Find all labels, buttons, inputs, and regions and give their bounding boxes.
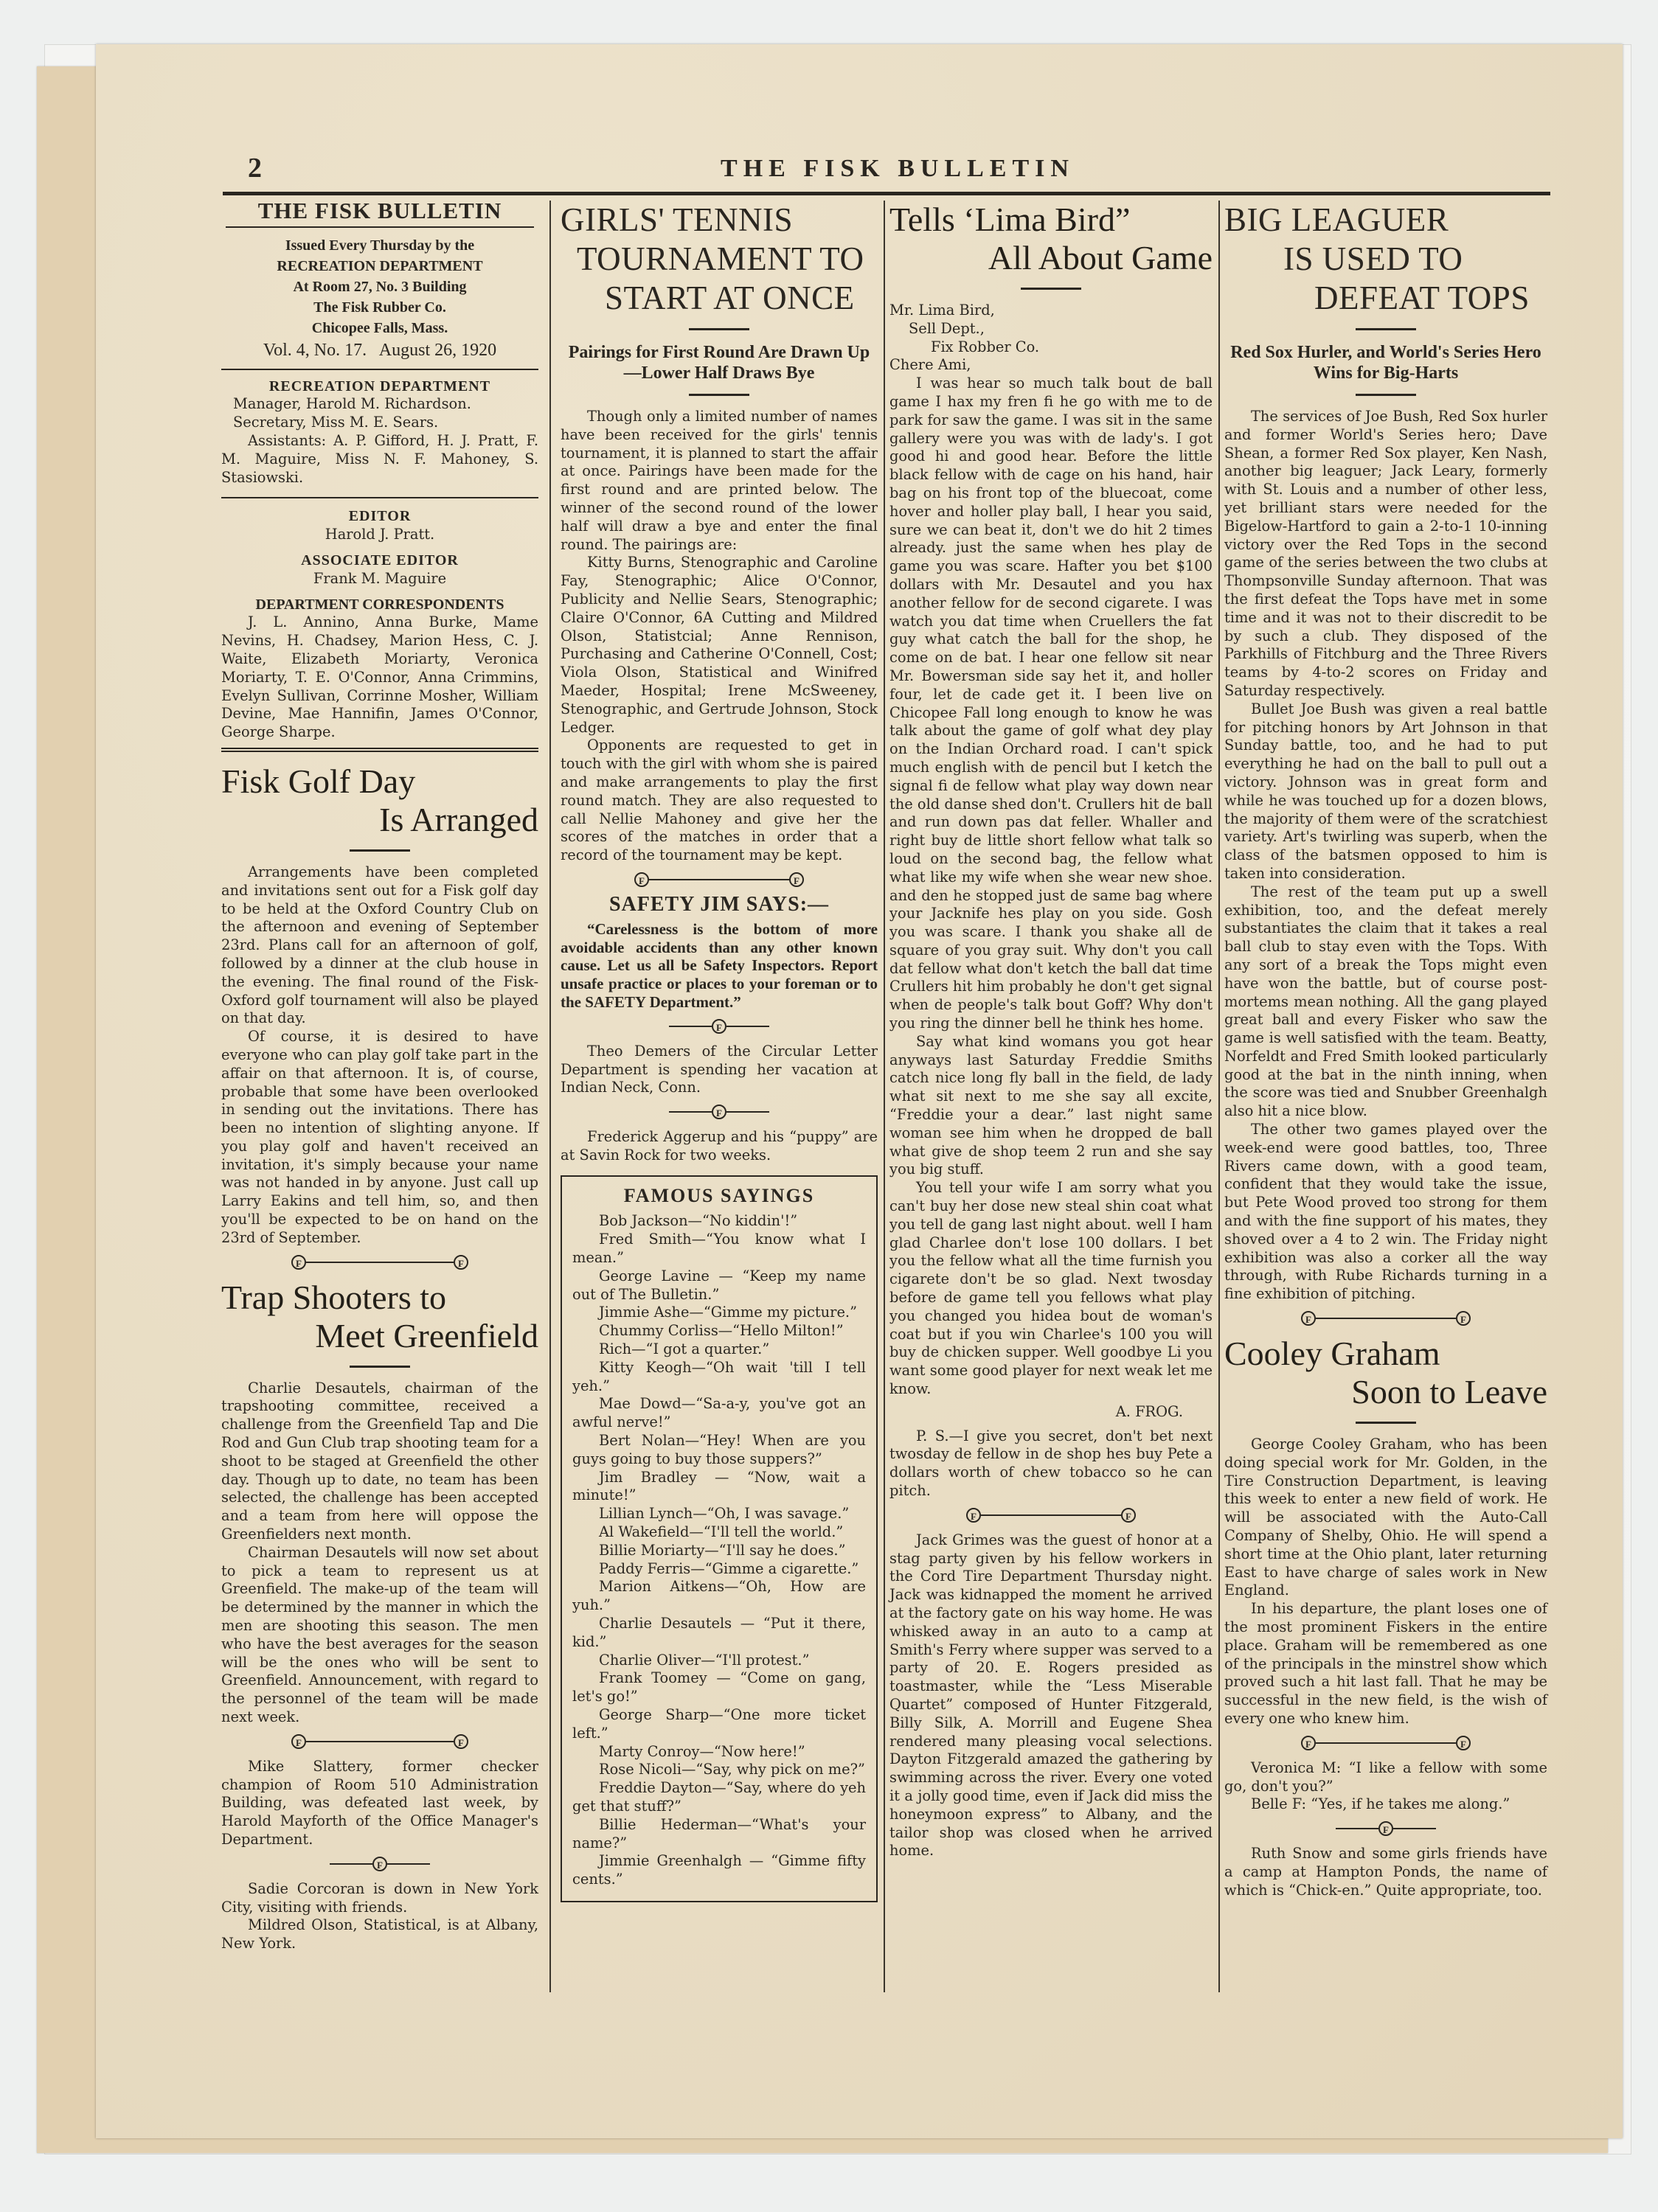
golf-paragraph: Arrangements have been completed and inv… xyxy=(221,863,538,1028)
safety-quote: “Carelessness is the bottom of more avoi… xyxy=(561,920,878,1012)
column-2: GIRLS' TENNIS TOURNAMENT TO START AT ONC… xyxy=(561,201,878,1902)
saying-item: George Sharp—“One more ticket left.” xyxy=(572,1706,866,1743)
ornament-separator: F xyxy=(561,1019,878,1034)
staff-line: Assistants: A. P. Gifford, H. J. Pratt, … xyxy=(221,432,538,487)
fisk-f-icon: F xyxy=(1301,1736,1316,1750)
saying-item: Jim Bradley — “Now, wait a minute!” xyxy=(572,1469,866,1506)
fisk-f-icon: F xyxy=(1121,1508,1136,1523)
trap-headline: Trap Shooters to Meet Greenfield xyxy=(221,1279,538,1355)
graham-headline: Cooley Graham Soon to Leave xyxy=(1224,1335,1547,1411)
divider xyxy=(689,328,749,330)
letter-paragraph: Say what kind womans you got hear anyway… xyxy=(889,1033,1213,1179)
saying-item: Jimmie Ashe—“Gimme my picture.” xyxy=(572,1304,866,1322)
ornament-separator: F xyxy=(1224,1821,1547,1836)
divider xyxy=(221,497,538,498)
masthead-line: Chicopee Falls, Mass. xyxy=(221,318,538,338)
ornament-separator: F F xyxy=(221,1734,538,1749)
masthead-line: The Fisk Rubber Co. xyxy=(221,297,538,318)
saying-item: Al Wakefield—“I'll tell the world.” xyxy=(572,1523,866,1542)
fisk-f-icon: F xyxy=(291,1255,306,1270)
letter-address: Fix Robber Co. xyxy=(889,338,1213,357)
league-paragraph: The other two games played over the week… xyxy=(1224,1121,1547,1304)
news-item: Mike Slattery, former checker champion o… xyxy=(221,1758,538,1849)
column-1: THE FISK BULLETIN Issued Every Thursday … xyxy=(221,201,538,1953)
tennis-paragraph: Opponents are requested to get in touch … xyxy=(561,737,878,865)
news-item: Veronica M: “I like a fellow with some g… xyxy=(1224,1759,1547,1796)
column-4: BIG LEAGUER IS USED TO DEFEAT TOPS Red S… xyxy=(1224,201,1547,1900)
saying-item: Mae Dowd—“Sa-a-y, you've got an awful ne… xyxy=(572,1395,866,1432)
letter-paragraph: I was hear so much talk bout de ball gam… xyxy=(889,375,1213,1033)
letter-salutation: Chere Ami, xyxy=(889,356,1213,375)
volume-date: Vol. 4, No. 17. August 26, 1920 xyxy=(221,341,538,370)
safety-heading: SAFETY JIM SAYS:— xyxy=(561,896,878,914)
staff-line: Secretary, Miss M. E. Sears. xyxy=(221,414,538,432)
famous-sayings-title: FAMOUS SAYINGS xyxy=(572,1187,866,1206)
fisk-f-icon: F xyxy=(291,1734,306,1749)
divider xyxy=(1356,394,1416,396)
correspondents-list: J. L. Annino, Anna Burke, Mame Nevins, H… xyxy=(221,613,538,742)
saying-item: George Lavine — “Keep my name out of The… xyxy=(572,1267,866,1304)
tennis-headline: GIRLS' TENNIS TOURNAMENT TO START AT ONC… xyxy=(561,201,878,318)
fisk-f-icon: F xyxy=(1456,1736,1471,1750)
news-item: Sadie Corcoran is down in New York City,… xyxy=(221,1880,538,1917)
fisk-f-icon: F xyxy=(454,1255,468,1270)
saying-item: Kitty Keogh—“Oh wait 'till I tell yeh.” xyxy=(572,1359,866,1396)
news-item: Theo Demers of the Circular Letter Depar… xyxy=(561,1043,878,1097)
saying-item: Paddy Ferris—“Gimme a cigarette.” xyxy=(572,1560,866,1579)
saying-item: Chummy Corliss—“Hello Milton!” xyxy=(572,1322,866,1340)
divider xyxy=(1356,328,1416,330)
saying-item: Bob Jackson—“No kiddin'!” xyxy=(572,1212,866,1231)
saying-item: Rich—“I got a quarter.” xyxy=(572,1340,866,1359)
masthead-line: At Room 27, No. 3 Building xyxy=(221,276,538,297)
staff-line: Manager, Harold M. Richardson. xyxy=(221,395,538,414)
masthead-line: RECREATION DEPARTMENT xyxy=(221,256,538,276)
letter-address: Mr. Lima Bird, xyxy=(889,302,1213,320)
letter-postscript: P. S.—I give you secret, don't bet next … xyxy=(889,1427,1213,1500)
running-title: THE FISK BULLETIN xyxy=(245,155,1550,183)
news-item: Frederick Aggerup and his “puppy” are at… xyxy=(561,1128,878,1165)
ornament-separator: F F xyxy=(889,1508,1213,1523)
fisk-f-icon: F xyxy=(966,1508,981,1523)
league-deck: Red Sox Hurler, and World's Series Hero … xyxy=(1224,342,1547,383)
assoc-editor-heading: ASSOCIATE EDITOR xyxy=(221,552,538,570)
saying-item: Freddie Dayton—“Say, where do yeh get th… xyxy=(572,1779,866,1816)
news-item: Ruth Snow and some girls friends have a … xyxy=(1224,1845,1547,1899)
saying-item: Charlie Desautels — “Put it there, kid.” xyxy=(572,1615,866,1652)
saying-item: Jimmie Greenhalgh — “Gimme fifty cents.” xyxy=(572,1852,866,1889)
fisk-f-icon: F xyxy=(712,1019,726,1034)
league-headline: BIG LEAGUER IS USED TO DEFEAT TOPS xyxy=(1224,201,1547,318)
ornament-separator: F xyxy=(221,1857,538,1871)
fisk-f-icon: F xyxy=(372,1857,387,1871)
column-divider xyxy=(1218,201,1220,1992)
graham-paragraph: In his departure, the plant loses one of… xyxy=(1224,1600,1547,1728)
ornament-separator: F F xyxy=(561,872,878,887)
ornament-separator: F F xyxy=(1224,1311,1547,1326)
divider xyxy=(1356,1422,1416,1424)
lima-headline: Tells ‘Lima Bird” All About Game xyxy=(889,201,1213,277)
golf-headline: Fisk Golf Day Is Arranged xyxy=(221,762,538,839)
saying-item: Billie Moriarty—“I'll say he does.” xyxy=(572,1542,866,1560)
news-item: Jack Grimes was the guest of honor at a … xyxy=(889,1531,1213,1860)
letter-paragraph: You tell your wife I am sorry what you c… xyxy=(889,1179,1213,1399)
assoc-editor-name: Frank M. Maguire xyxy=(221,570,538,588)
saying-item: Lillian Lynch—“Oh, I was savage.” xyxy=(572,1505,866,1523)
divider xyxy=(1021,288,1081,290)
letter-address: Sell Dept., xyxy=(889,320,1213,338)
editor-heading: EDITOR xyxy=(221,507,538,526)
fisk-f-icon: F xyxy=(1456,1311,1471,1326)
ornament-separator: F xyxy=(561,1105,878,1119)
saying-item: Charlie Oliver—“I'll protest.” xyxy=(572,1652,866,1670)
tennis-deck: Pairings for First Round Are Drawn Up—Lo… xyxy=(561,342,878,383)
letter-signature: A. FROG. xyxy=(889,1403,1213,1422)
saying-item: Marty Conroy—“Now here!” xyxy=(572,1743,866,1761)
correspondents-heading: DEPARTMENT CORRESPONDENTS xyxy=(221,596,538,614)
trap-paragraph: Charlie Desautels, chairman of the traps… xyxy=(221,1380,538,1544)
editor-name: Harold J. Pratt. xyxy=(221,526,538,544)
column-3: Tells ‘Lima Bird” All About Game Mr. Lim… xyxy=(889,201,1213,1860)
news-item: Belle F: “Yes, if he takes me along.” xyxy=(1224,1795,1547,1814)
saying-item: Bert Nolan—“Hey! When are you guys going… xyxy=(572,1432,866,1469)
divider xyxy=(689,394,749,396)
header-rule xyxy=(223,192,1550,195)
fisk-f-icon: F xyxy=(454,1734,468,1749)
league-paragraph: Bullet Joe Bush was given a real battle … xyxy=(1224,700,1547,883)
ornament-separator: F F xyxy=(1224,1736,1547,1750)
saying-item: Frank Toomey — “Come on gang, let's go!” xyxy=(572,1669,866,1706)
fisk-f-icon: F xyxy=(1378,1821,1393,1836)
column-divider xyxy=(549,201,551,1992)
fisk-f-icon: F xyxy=(789,872,804,887)
masthead-title: THE FISK BULLETIN xyxy=(226,201,534,228)
tennis-paragraph: Kitty Burns, Stenographic and Caroline F… xyxy=(561,554,878,737)
divider xyxy=(350,849,410,852)
divider xyxy=(350,1366,410,1368)
news-item: Mildred Olson, Statistical, is at Albany… xyxy=(221,1916,538,1953)
saying-item: Fred Smith—“You know what I mean.” xyxy=(572,1231,866,1267)
ornament-separator: F F xyxy=(221,1255,538,1270)
running-head: 2 THE FISK BULLETIN xyxy=(245,152,1550,189)
recreation-heading: RECREATION DEPARTMENT xyxy=(221,378,538,396)
golf-paragraph: Of course, it is desired to have everyon… xyxy=(221,1028,538,1248)
masthead-line: Issued Every Thursday by the xyxy=(221,235,538,256)
trap-paragraph: Chairman Desautels will now set about to… xyxy=(221,1544,538,1727)
league-paragraph: The rest of the team put up a swell exhi… xyxy=(1224,883,1547,1121)
sayings-list: Bob Jackson—“No kiddin'!”Fred Smith—“You… xyxy=(572,1212,866,1888)
fisk-f-icon: F xyxy=(634,872,649,887)
saying-item: Billie Hederman—“What's your name?” xyxy=(572,1816,866,1853)
saying-item: Marion Aitkens—“Oh, How are yuh.” xyxy=(572,1578,866,1615)
divider xyxy=(221,748,538,752)
fisk-f-icon: F xyxy=(712,1105,726,1119)
tennis-paragraph: Though only a limited number of names ha… xyxy=(561,408,878,554)
column-divider xyxy=(884,201,885,1992)
graham-paragraph: George Cooley Graham, who has been doing… xyxy=(1224,1436,1547,1600)
fisk-f-icon: F xyxy=(1301,1311,1316,1326)
league-paragraph: The services of Joe Bush, Red Sox hurler… xyxy=(1224,408,1547,700)
famous-sayings-box: FAMOUS SAYINGS Bob Jackson—“No kiddin'!”… xyxy=(561,1175,878,1902)
saying-item: Rose Nicoli—“Say, why pick on me?” xyxy=(572,1761,866,1779)
